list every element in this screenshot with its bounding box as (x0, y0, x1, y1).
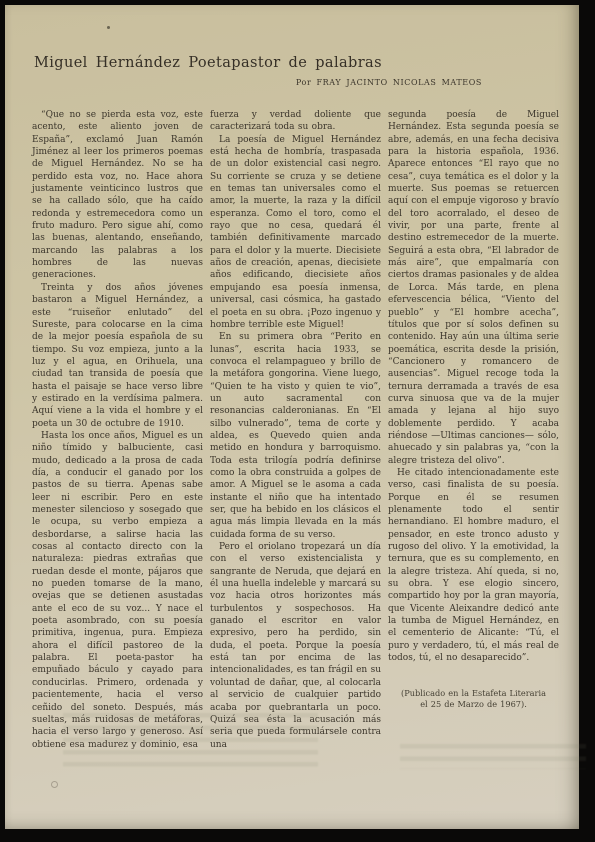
paper-speck (51, 781, 58, 788)
text-column: “Que no se pierda esta voz, este acento,… (32, 109, 203, 751)
text-column: segunda poesía de Miguel Hernández. Esta… (388, 109, 559, 710)
publication-footnote: (Publicado en la Estafeta Literaria el 2… (388, 688, 559, 710)
paragraph: segunda poesía de Miguel Hernández. Esta… (388, 109, 559, 467)
paragraph: En su primera obra “Perito en lunas”, es… (210, 331, 381, 541)
paragraph: Pero el oriolano tropezará un día con el… (210, 541, 381, 751)
text-column: fuerza y verdad doliente que caracteriza… (210, 109, 381, 751)
article-title: Miguel Hernández Poetapastor de palabras (34, 55, 555, 71)
magazine-page: Miguel Hernández Poetapastor de palabras… (5, 5, 579, 829)
byline-prefix: Por (296, 78, 312, 87)
paragraph: Hasta los once años, Miguel es un niño t… (32, 430, 203, 751)
article: Miguel Hernández Poetapastor de palabras… (5, 5, 579, 751)
scanned-page-background: { "page": { "title": "Miguel Hernández P… (0, 0, 595, 842)
paragraph: fuerza y verdad doliente que caracteriza… (210, 109, 381, 134)
paragraph: “Que no se pierda esta voz, este acento,… (32, 109, 203, 282)
article-columns: “Que no se pierda esta voz, este acento,… (32, 109, 555, 751)
article-byline: Por Fray Jacinto Nicolas Mateos (32, 78, 555, 87)
paragraph: Treinta y dos años jóvenes bastaron a Mi… (32, 282, 203, 430)
paragraph: He citado intencionadamente este verso, … (388, 467, 559, 665)
byline-author: Fray Jacinto Nicolas Mateos (317, 78, 482, 87)
paragraph: La poesía de Miguel Hernández está hecha… (210, 134, 381, 332)
